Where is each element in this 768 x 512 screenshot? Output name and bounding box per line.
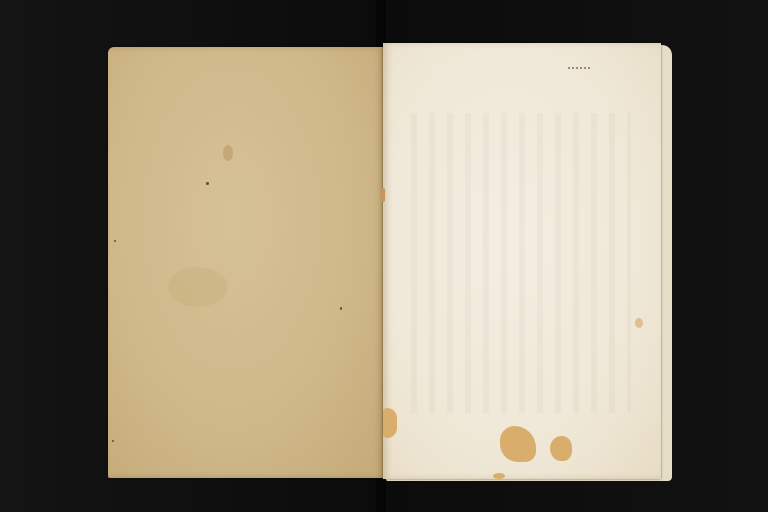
right-page	[383, 43, 661, 479]
paper-stain	[168, 267, 228, 307]
paper-speck	[114, 240, 116, 242]
water-stain	[500, 426, 536, 462]
water-stain	[383, 408, 397, 438]
paper-speck	[206, 182, 209, 185]
paper-stain	[223, 145, 233, 161]
paper-speck	[112, 440, 114, 442]
water-stain	[493, 473, 505, 479]
faint-header-marks	[568, 67, 592, 69]
left-page	[108, 47, 384, 478]
water-stain	[635, 318, 643, 328]
water-stain	[550, 436, 572, 461]
spine-edge-stain	[381, 188, 385, 202]
paper-speck	[340, 307, 342, 310]
bleed-through-text	[411, 113, 631, 413]
